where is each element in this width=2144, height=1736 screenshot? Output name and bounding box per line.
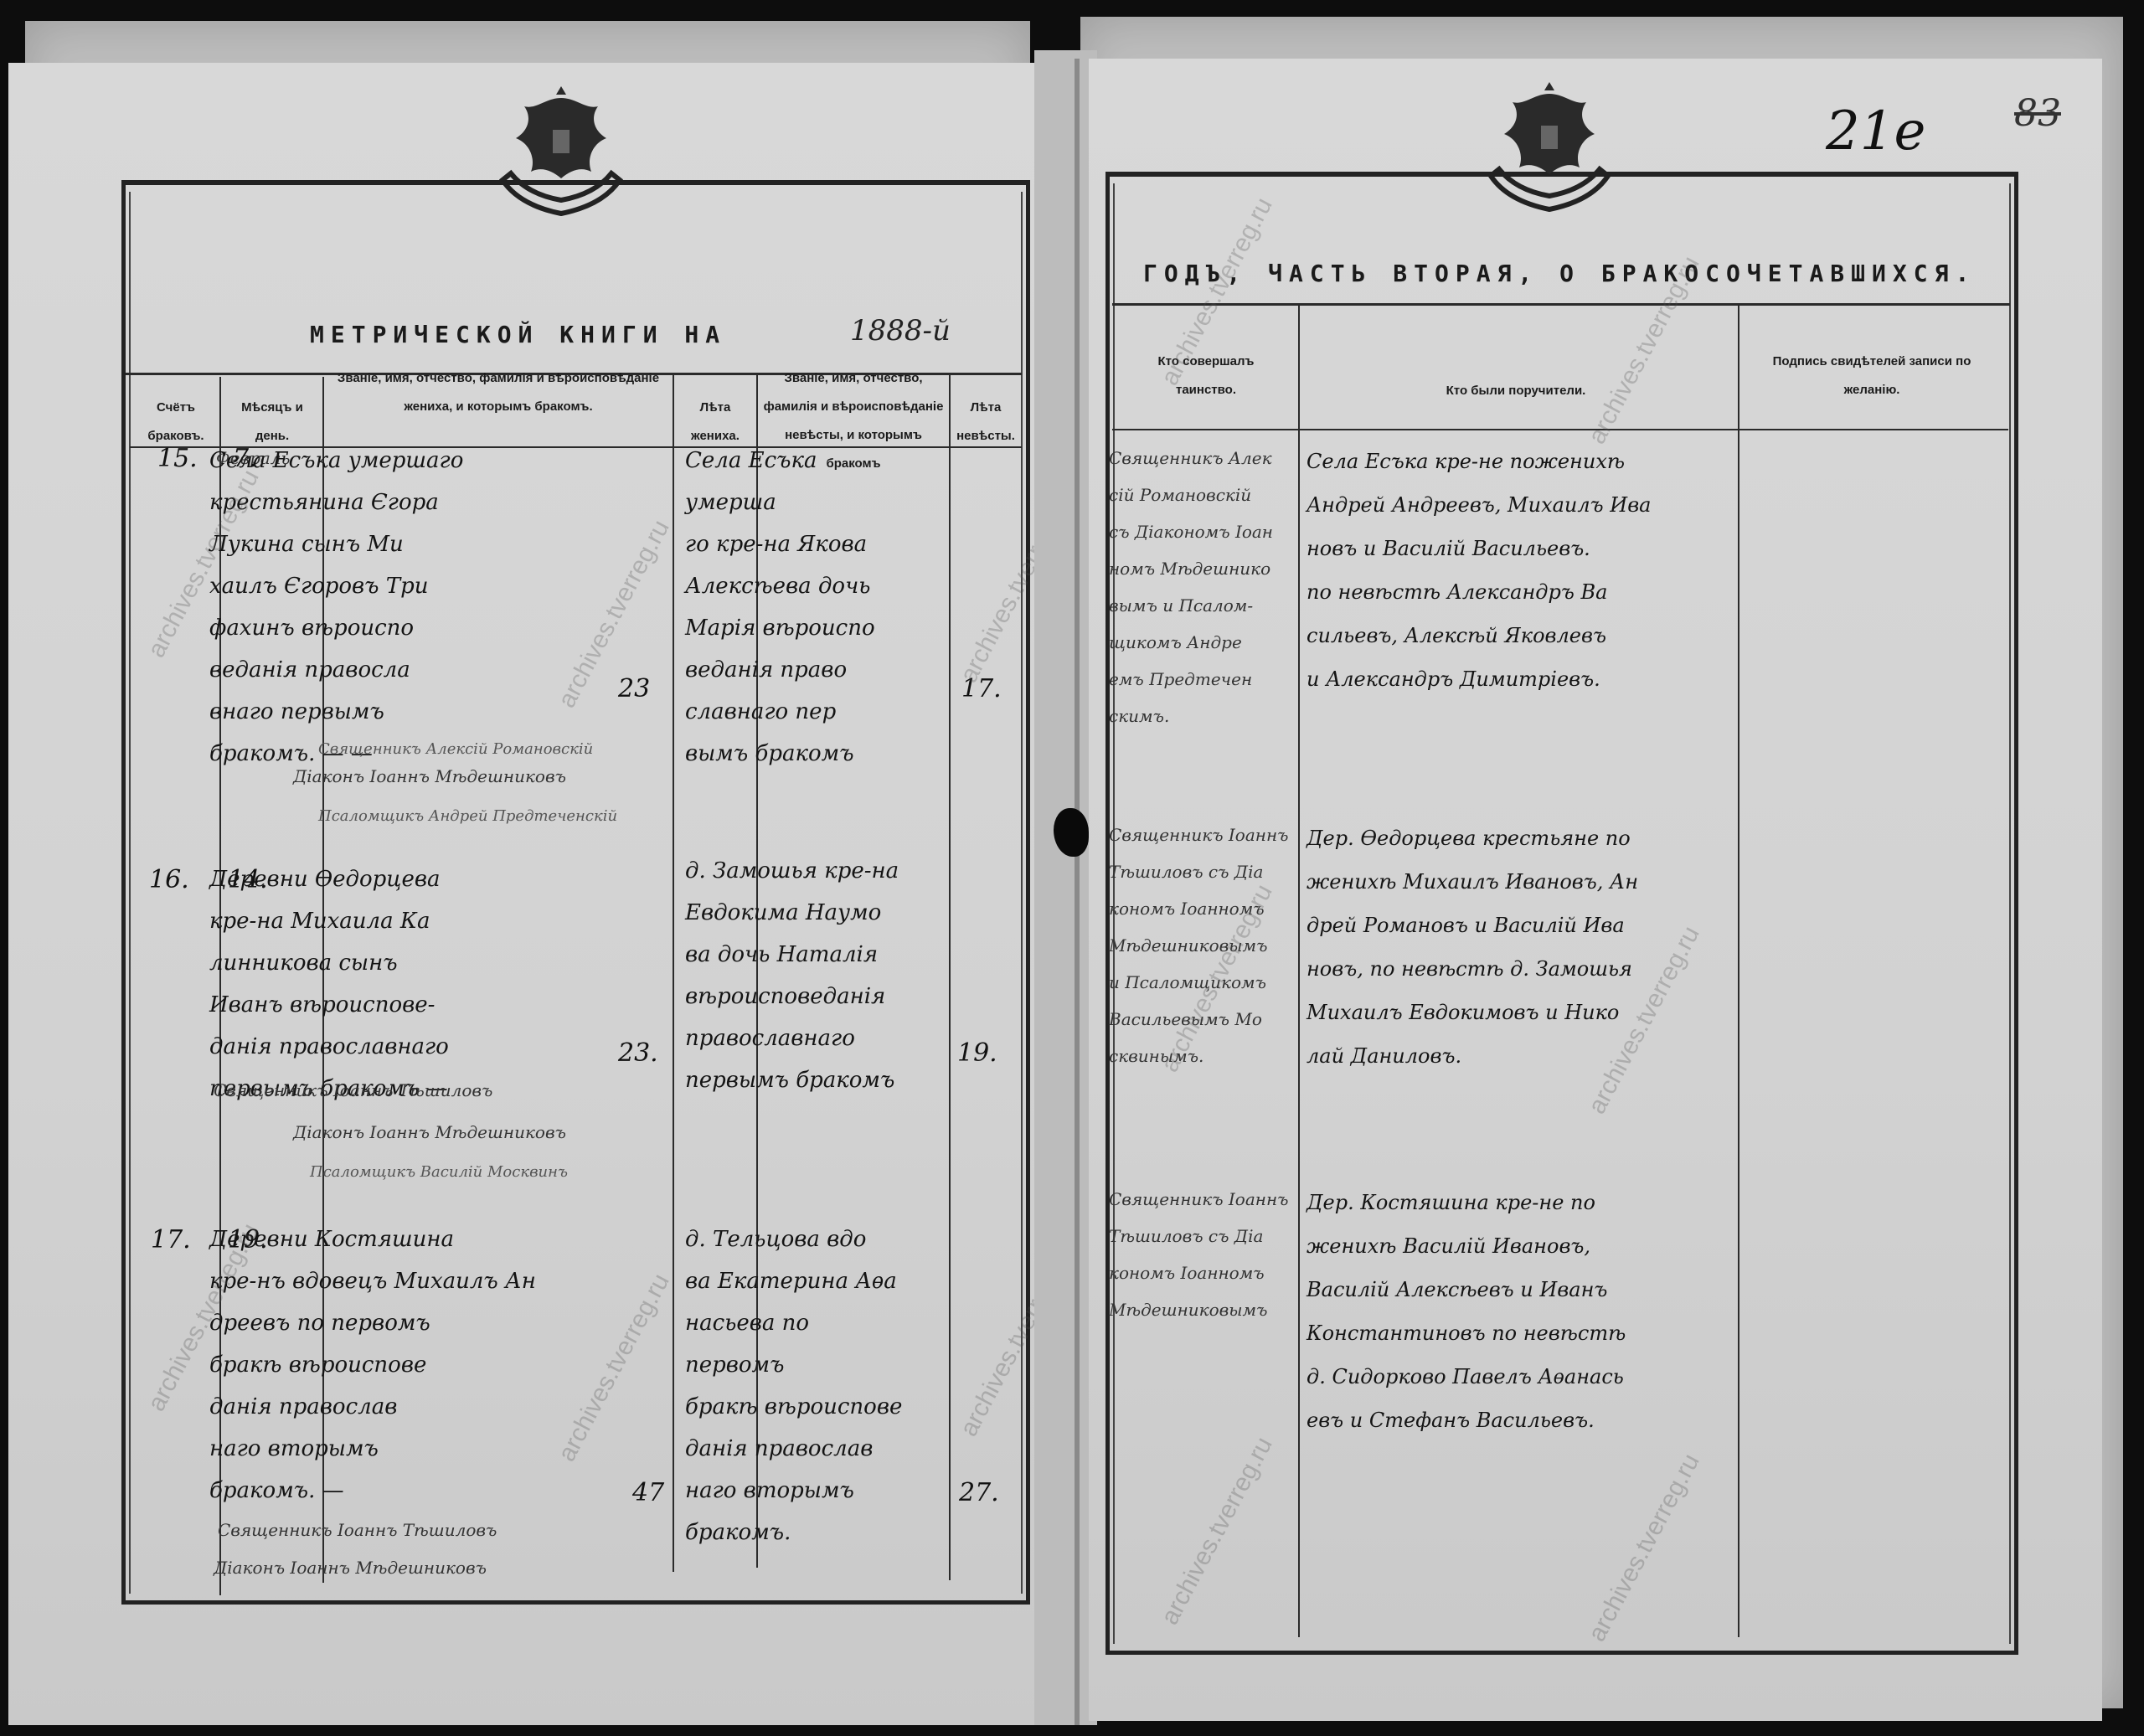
col-divider [1738, 306, 1739, 1637]
record-bride: д. Тельцова вдо ва Екатерина Аѳа насьева… [685, 1218, 911, 1553]
record-bride: д. Замошья кре-на Евдокима Наумо ва дочь… [685, 850, 911, 1101]
binding-thread [1075, 59, 1080, 1725]
register-title-right: ГОДЪ, ЧАСТЬ ВТОРАЯ, О БРАКОСОЧЕТАВШИХСЯ. [1143, 260, 1976, 287]
book-gutter [1034, 50, 1097, 1725]
imperial-eagle-crest-icon [477, 80, 645, 222]
header-groom: Званіе, имя, отчество, фамилія и вѣроисп… [331, 364, 666, 421]
col-divider [673, 374, 674, 1572]
col-divider [949, 374, 951, 1580]
record-officiant: Священникъ Іоаннъ Тѣшиловъ съ Діа кономъ… [1109, 1181, 1297, 1328]
record-groom-age: 23 [618, 674, 650, 703]
left-page: МЕТРИЧЕСКОЙ КНИГИ НА 1888-й Счётъ браков… [8, 63, 1068, 1725]
record-count: 15. [157, 444, 198, 473]
signature-psalmist: Псаломщикъ Василій Москвинъ [310, 1151, 568, 1193]
col-divider [1298, 306, 1300, 1637]
signature-deacon: Діаконъ Іоаннъ Мѣдешниковъ [293, 1118, 566, 1146]
register-title-left: МЕТРИЧЕСКОЙ КНИГИ НА [310, 321, 726, 348]
record-groom: Деревни Костяшина кре-нъ вдовецъ Михаилъ… [209, 1218, 561, 1512]
record-guarantors: Дер. Костяшина кре-не по женихѣ Василій … [1306, 1181, 1734, 1442]
header-count: Счётъ браковъ. [134, 394, 218, 451]
header-bride-age: Лѣта невѣсты. [951, 394, 1020, 451]
binding-hole [1054, 808, 1089, 857]
record-groom: Деревни Ѳедорцева кре-на Михаила Ка линн… [209, 858, 561, 1110]
record-groom-age: 47 [632, 1478, 664, 1507]
folio-number: 21e [1826, 100, 1925, 162]
signature-priest: Священникъ Іоаннъ Тѣшиловъ [214, 1076, 492, 1105]
record-bride-age: 19. [957, 1038, 997, 1068]
imperial-eagle-crest-icon [1466, 75, 1633, 218]
record-bride-age: 27. [959, 1478, 999, 1507]
record-bride: Села Есъка умерша го кре-на Якова Алексѣ… [685, 440, 911, 775]
record-count: 17. [151, 1225, 191, 1254]
signature-psalmist: Псаломщикъ Андрей Предтеченскій [318, 796, 617, 837]
record-groom: Села Есъка умершаго крестьянина Єгора Лу… [209, 440, 561, 775]
record-officiant: Священникъ Алек сій Романовскій съ Діако… [1109, 440, 1297, 734]
record-groom-age: 23. [618, 1038, 658, 1068]
table-header-rule [1112, 429, 2008, 430]
signature-deacon: Діаконъ Іоаннъ Мѣдешниковъ [214, 1553, 487, 1582]
record-guarantors: Села Есъка кре-не поженихѣ Андрей Андрее… [1306, 440, 1734, 701]
header-guarantors: Кто были поручители. [1306, 377, 1725, 405]
record-officiant: Священникъ Іоаннъ Тѣшиловъ съ Діа кономъ… [1109, 816, 1297, 1074]
folio-number-struck: 83 [2014, 92, 2061, 135]
signature-deacon: Діаконъ Іоаннъ Мѣдешниковъ [293, 762, 566, 791]
right-page: 21e 83 ГОДЪ, ЧАСТЬ ВТОРАЯ, О БРАКОСОЧЕТА… [1089, 59, 2102, 1721]
record-count: 16. [149, 865, 189, 894]
signature-priest: Священникъ Іоаннъ Тѣшиловъ [218, 1516, 497, 1544]
header-witness-signatures: Подпись свидѣтелей записи по желанію. [1759, 348, 1985, 404]
register-year: 1888-й [850, 314, 951, 348]
header-rule [1112, 303, 2010, 306]
